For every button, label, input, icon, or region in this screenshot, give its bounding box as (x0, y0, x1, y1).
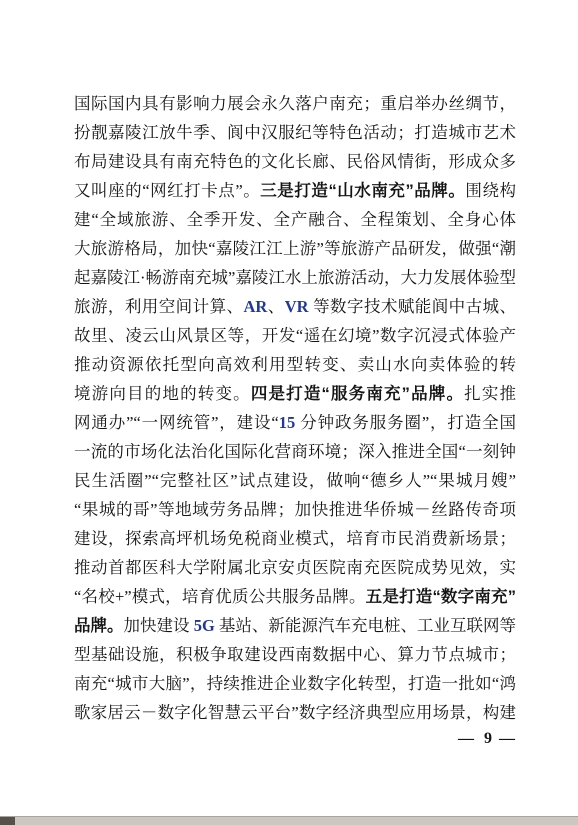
text-line: 国际国内具有影响力展会永久落户南充；重启举办丝绸节，作响 (74, 89, 516, 118)
text-segment: 布局建设具有南充特色的文化长廊、民俗风情街，形成众多叫好 (74, 152, 516, 176)
text-segment: 三是打造“山水南充”品牌。 (260, 182, 465, 200)
text-line: 民生活圈”“完整社区”试点建设，做响“德乡人”“果城月嫂” (74, 466, 516, 495)
page-number-dash-left: — (458, 730, 477, 747)
text-line: “名校+”模式，培育优质公共服务品牌。五是打造“数字南充” (74, 582, 516, 611)
scan-edge-bar (0, 816, 578, 825)
text-segment: 品牌。 (74, 617, 124, 635)
text-line: 推动首都医科大学附属北京安贞医院南充医院成势见效，实施 (74, 553, 516, 582)
text-line: 大旅游格局，加快“嘉陵江江上游”等旅游产品研发，做强“潮 (74, 234, 516, 263)
text-line: 一流的市场化法治化国际化营商环境；深入推进全国“一刻钟便 (74, 437, 516, 466)
text-segment: 扮靓嘉陵江放牛季、阆中汉服纪等特色活动；打造城市艺术空间， (74, 123, 516, 147)
text-line: 布局建设具有南充特色的文化长廊、民俗风情街，形成众多叫好 (74, 147, 516, 176)
text-segment: 民生活圈”“完整社区”试点建设，做响“德乡人”“果城月嫂” (74, 471, 516, 490)
text-segment: 又叫座的“网红打卡点”。 (74, 181, 260, 200)
text-segment: “名校+”模式，培育优质公共服务品牌。 (74, 587, 366, 606)
text-line: 型基础设施，积极争取建设西南数据中心、算力节点城市；建设 (74, 640, 516, 669)
text-segment: 一流的市场化法治化国际化营商环境；深入推进全国“一刻钟便 (74, 442, 516, 466)
page-number-dash-right: — (499, 730, 518, 747)
text-segment: 境游向目的地的转变。 (74, 384, 251, 403)
text-line: 又叫座的“网红打卡点”。三是打造“山水南充”品牌。围绕构 (74, 176, 516, 205)
document-page: 国际国内具有影响力展会永久落户南充；重启举办丝绸节，作响扮靓嘉陵江放牛季、阆中汉… (0, 0, 578, 825)
text-line: 品牌。加快建设 5G 基站、新能源汽车充电桩、工业互联网等新 (74, 611, 516, 640)
text-segment: 围绕构 (465, 181, 516, 200)
text-segment: 分钟政务服务圈”，打造全国 (295, 413, 516, 432)
text-line: 建设，探索高坪机场免税商业模式，培育市民消费新场景；加快 (74, 524, 516, 553)
text-line: 旅游，利用空间计算、AR、VR 等数字技术赋能阆中古城、朱德 (74, 292, 516, 321)
text-line: 歌家居云－数字化智慧云平台”数字经济典型应用场景，构建数 (74, 698, 516, 727)
text-segment: 起嘉陵江·畅游南充城”嘉陵江水上旅游活动，大力发展体验型 (74, 268, 516, 287)
text-segment: 型基础设施，积极争取建设西南数据中心、算力节点城市；建设 (74, 645, 516, 669)
text-segment: 建“全域旅游、全季开发、全产融合、全程策划、全身心体验” (74, 210, 516, 234)
text-segment: 旅游，利用空间计算、 (74, 297, 243, 316)
text-segment: 推动首都医科大学附属北京安贞医院南充医院成势见效，实施 (74, 558, 516, 582)
text-line: “果城的哥”等地域劳务品牌；加快推进华侨城－丝路传奇项目 (74, 495, 516, 524)
text-line: 建“全域旅游、全季开发、全产融合、全程策划、全身心体验” (74, 205, 516, 234)
text-line: 南充“城市大脑”，持续推进企业数字化转型，打造一批如“鸿 (74, 669, 516, 698)
text-segment: 国际国内具有影响力展会永久落户南充；重启举办丝绸节，作响 (74, 94, 516, 118)
text-line: 境游向目的地的转变。四是打造“服务南充”品牌。扎实推进“一 (74, 379, 516, 408)
text-segment: 五是打造“数字南充” (366, 588, 516, 606)
text-segment: 建设，探索高坪机场免税商业模式，培育市民消费新场景；加快 (74, 529, 516, 553)
page-number-value: 9 (484, 730, 492, 747)
text-segment: 、 (267, 297, 284, 316)
text-line: 网通办”“一网统管”，建设“15 分钟政务服务圈”，打造全国 (74, 408, 516, 437)
text-segment: VR (285, 297, 309, 316)
scan-edge-corner (0, 817, 15, 825)
text-segment: 故里、凌云山风景区等，开发“遥在幻境”数字沉浸式体验产品， (74, 326, 516, 350)
text-segment: 5G (194, 616, 215, 635)
text-segment: AR (243, 297, 267, 316)
text-segment: 加快建设 (124, 616, 194, 635)
text-segment: 推动资源依托型向高效利用型转变、卖山水向卖体验的转变、过 (74, 355, 516, 379)
text-segment: 歌家居云－数字化智慧云平台”数字经济典型应用场景，构建数 (74, 703, 516, 727)
text-line: 起嘉陵江·畅游南充城”嘉陵江水上旅游活动，大力发展体验型 (74, 263, 516, 292)
text-segment: 四是打造“服务南充”品牌。 (251, 385, 464, 403)
page-number: — 9 — (458, 730, 518, 748)
text-line: 扮靓嘉陵江放牛季、阆中汉服纪等特色活动；打造城市艺术空间， (74, 118, 516, 147)
text-segment: “果城的哥”等地域劳务品牌；加快推进华侨城－丝路传奇项目 (74, 500, 516, 524)
text-line: 推动资源依托型向高效利用型转变、卖山水向卖体验的转变、过 (74, 350, 516, 379)
text-segment: 网通办”“一网统管”，建设“ (74, 413, 279, 432)
document-text-block: 国际国内具有影响力展会永久落户南充；重启举办丝绸节，作响扮靓嘉陵江放牛季、阆中汉… (74, 89, 516, 727)
text-segment: 南充“城市大脑”，持续推进企业数字化转型，打造一批如“鸿 (74, 674, 516, 693)
text-segment: 15 (279, 413, 296, 432)
text-segment: 大旅游格局，加快“嘉陵江江上游”等旅游产品研发，做强“潮 (74, 239, 516, 258)
text-line: 故里、凌云山风景区等，开发“遥在幻境”数字沉浸式体验产品， (74, 321, 516, 350)
